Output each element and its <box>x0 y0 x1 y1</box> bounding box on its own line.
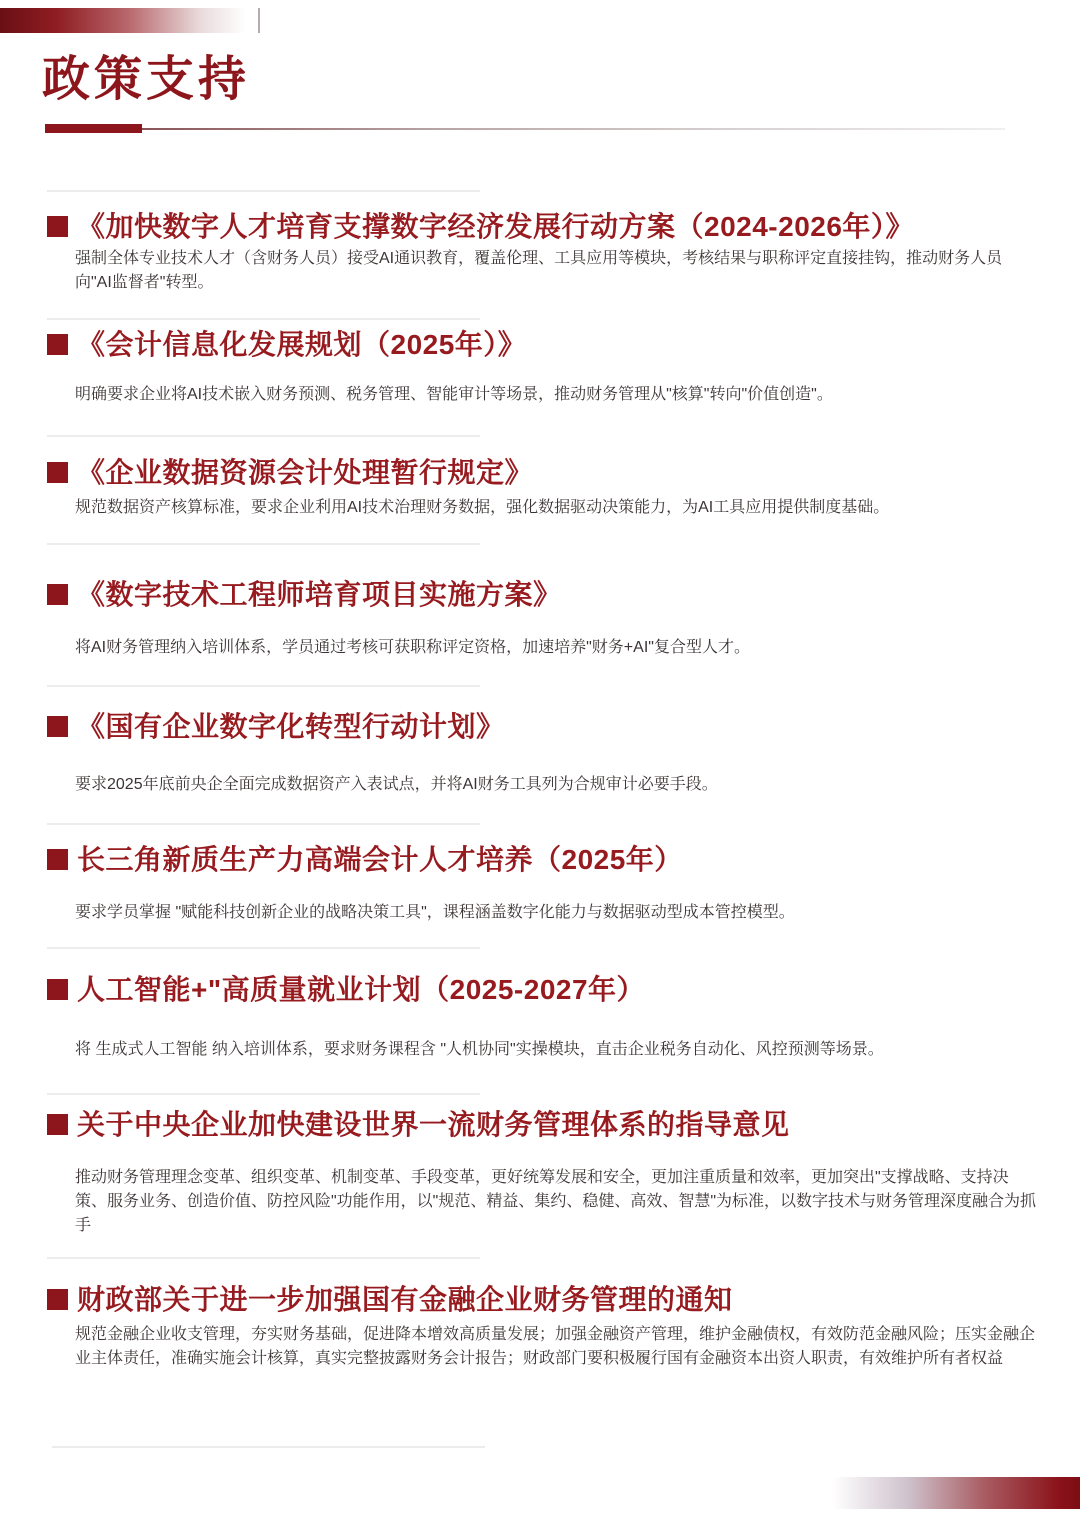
square-bullet-icon <box>47 462 68 483</box>
policy-description: 推动财务管理理念变革、组织变革、机制变革、手段变革，更好统筹发展和安全，更加注重… <box>75 1166 1037 1238</box>
section-divider <box>47 947 480 949</box>
policy-description: 规范金融企业收支管理，夯实财务基础，促进降本增效高质量发展；加强金融资产管理，维… <box>75 1323 1037 1371</box>
policy-description: 明确要求企业将AI技术嵌入财务预测、税务管理、智能审计等场景，推动财务管理从"核… <box>75 383 1037 407</box>
policy-description: 将AI财务管理纳入培训体系，学员通过考核可获职称评定资格，加速培养"财务+AI"… <box>75 636 1037 660</box>
policy-title: 《企业数据资源会计处理暂行规定》 <box>77 456 533 489</box>
policy-title: 《会计信息化发展规划（2025年）》 <box>77 328 526 361</box>
section-divider <box>47 1093 480 1095</box>
policy-description: 规范数据资产核算标准，要求企业利用AI技术治理财务数据，强化数据驱动决策能力，为… <box>75 496 1037 520</box>
section-divider <box>47 190 480 192</box>
top-left-decoration-bar <box>0 8 256 33</box>
policy-item-title-row: 长三角新质生产力高端会计人才培养（2025年） <box>47 843 1047 876</box>
policy-title: 《国有企业数字化转型行动计划》 <box>77 710 505 743</box>
underline-thin-segment <box>142 128 1005 130</box>
square-bullet-icon <box>47 216 68 237</box>
page-title: 政策支持 <box>42 52 250 107</box>
section-divider <box>47 543 480 545</box>
section-divider <box>47 435 480 437</box>
title-underline <box>45 124 1005 133</box>
policy-title: 人工智能+"高质量就业计划（2025-2027年） <box>77 973 645 1006</box>
section-divider <box>52 1446 485 1448</box>
policy-title: 关于中央企业加快建设世界一流财务管理体系的指导意见 <box>77 1108 790 1141</box>
square-bullet-icon <box>47 1289 68 1310</box>
policy-description: 强制全体专业技术人才（含财务人员）接受AI通识教育，覆盖伦理、工具应用等模块，考… <box>75 247 1037 295</box>
policy-item-title-row: 《会计信息化发展规划（2025年）》 <box>47 328 1047 361</box>
policy-item-title-row: 《国有企业数字化转型行动计划》 <box>47 710 1047 743</box>
policy-item-title-row: 《企业数据资源会计处理暂行规定》 <box>47 456 1047 489</box>
square-bullet-icon <box>47 979 68 1000</box>
policy-description: 要求2025年底前央企全面完成数据资产入表试点，并将AI财务工具列为合规审计必要… <box>75 773 1037 797</box>
underline-thick-segment <box>45 124 142 133</box>
policy-item-title-row: 关于中央企业加快建设世界一流财务管理体系的指导意见 <box>47 1108 1047 1141</box>
policy-item-title-row: 人工智能+"高质量就业计划（2025-2027年） <box>47 973 1047 1006</box>
section-divider <box>47 823 480 825</box>
policy-description: 要求学员掌握 "赋能科技创新企业的战略决策工具"，课程涵盖数字化能力与数据驱动型… <box>75 901 1037 925</box>
policy-item-title-row: 《数字技术工程师培育项目实施方案》 <box>47 578 1047 611</box>
bottom-right-decoration-bar <box>833 1477 1080 1509</box>
policy-title: 长三角新质生产力高端会计人才培养（2025年） <box>77 843 683 876</box>
section-divider <box>47 318 480 320</box>
policy-title: 财政部关于进一步加强国有金融企业财务管理的通知 <box>77 1283 733 1316</box>
policy-description: 将 生成式人工智能 纳入培训体系，要求财务课程含 "人机协同"实操模块，直击企业… <box>75 1038 1037 1062</box>
square-bullet-icon <box>47 716 68 737</box>
policy-title: 《数字技术工程师培育项目实施方案》 <box>77 578 562 611</box>
square-bullet-icon <box>47 849 68 870</box>
square-bullet-icon <box>47 334 68 355</box>
page: 政策支持 《加快数字人才培育支撑数字经济发展行动方案（2024-2026年）》 … <box>0 0 1080 1528</box>
square-bullet-icon <box>47 1114 68 1135</box>
policy-item-title-row: 财政部关于进一步加强国有金融企业财务管理的通知 <box>47 1283 1047 1316</box>
policy-title: 《加快数字人才培育支撑数字经济发展行动方案（2024-2026年）》 <box>77 210 914 243</box>
top-bar-tick <box>258 8 260 33</box>
policy-item-title-row: 《加快数字人才培育支撑数字经济发展行动方案（2024-2026年）》 <box>47 210 1047 243</box>
section-divider <box>47 685 480 687</box>
section-divider <box>47 1257 480 1259</box>
square-bullet-icon <box>47 584 68 605</box>
